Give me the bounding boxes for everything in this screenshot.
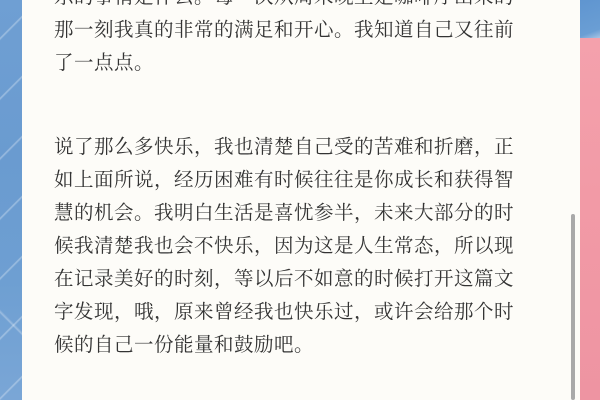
- document-page: 乐的事情是什么。每一次从周末晚上是咖啡厅出来的 那一刻我真的非常的满足和开心。我…: [22, 0, 580, 400]
- right-decorative-border: [580, 0, 600, 400]
- text-line: 那一刻我真的非常的满足和开心。我知道自己又往前: [54, 13, 554, 46]
- text-line: 了一点点。: [54, 46, 554, 79]
- document-frame: 乐的事情是什么。每一次从周末晚上是咖啡厅出来的 那一刻我真的非常的满足和开心。我…: [0, 0, 600, 400]
- left-decorative-border: [0, 0, 22, 400]
- text-line: 慧的机会。我明白生活是喜忧参半，未来大部分的时: [54, 196, 554, 229]
- text-line: 候我清楚我也会不快乐，因为这是人生常态，所以现: [54, 229, 554, 262]
- text-line: 如上面所说，经历困难有时候往往是你成长和获得智: [54, 163, 554, 196]
- text-line: 在记录美好的时刻，等以后不如意的时候打开这篇文: [54, 262, 554, 295]
- paragraph-1: 乐的事情是什么。每一次从周末晚上是咖啡厅出来的 那一刻我真的非常的满足和开心。我…: [54, 0, 554, 79]
- text-line: 字发现，哦，原来曾经我也快乐过，或许会给那个时: [54, 295, 554, 328]
- text-line: 候的自己一份能量和鼓励吧。: [54, 328, 554, 361]
- vertical-scrollbar[interactable]: [571, 214, 575, 400]
- corner-decoration: [580, 0, 600, 38]
- text-line: 说了那么多快乐，我也清楚自己受的苦难和折磨，正: [54, 130, 554, 163]
- paragraph-2: 说了那么多快乐，我也清楚自己受的苦难和折磨，正 如上面所说，经历困难有时候往往是…: [54, 130, 554, 361]
- text-line: 乐的事情是什么。每一次从周末晚上是咖啡厅出来的: [54, 0, 554, 13]
